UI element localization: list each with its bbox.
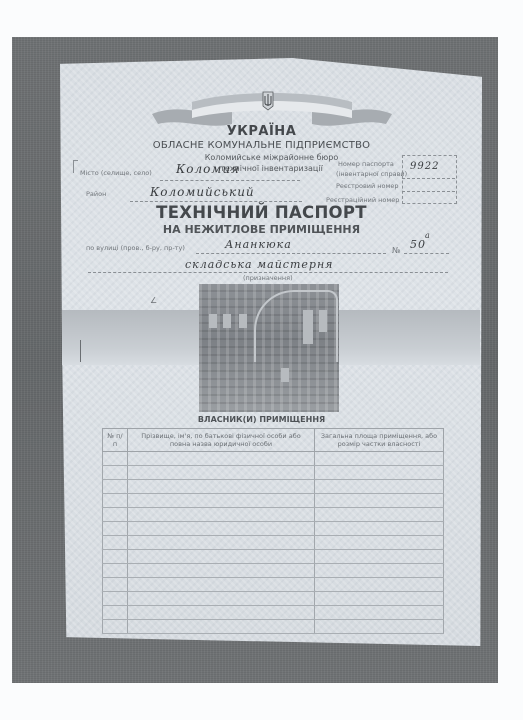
window xyxy=(223,314,231,328)
house-number-value: 50 xyxy=(410,238,426,251)
table-cell xyxy=(128,452,315,466)
house-number-suffix: а xyxy=(425,231,431,240)
table-cell xyxy=(103,508,128,522)
table-cell xyxy=(128,480,315,494)
corner-bracket xyxy=(73,160,78,173)
table-cell xyxy=(315,508,444,522)
table-cell xyxy=(128,592,315,606)
table-cell xyxy=(103,480,128,494)
table-cell xyxy=(315,550,444,564)
street-label: по вулиці (пров., б-ру, пр-ту) xyxy=(86,244,185,252)
table-row xyxy=(103,606,444,620)
table-cell xyxy=(315,536,444,550)
table-cell xyxy=(103,466,128,480)
table-cell xyxy=(315,578,444,592)
registry-number-label: Реєстровий номер xyxy=(336,182,399,190)
trident-icon xyxy=(262,91,274,111)
table-cell xyxy=(128,508,315,522)
case-number-label: Номер паспорта xyxy=(338,160,394,168)
building-photo xyxy=(199,284,339,412)
table-row xyxy=(103,592,444,606)
column-header-owner-name: Прізвище, ім'я, по батькові фізичної осо… xyxy=(128,429,315,452)
table-row xyxy=(103,480,444,494)
number-label: № xyxy=(392,246,400,255)
table-row xyxy=(103,536,444,550)
table-cell xyxy=(315,620,444,634)
document-subtitle: НА НЕЖИТЛОВЕ ПРИМІЩЕННЯ xyxy=(0,223,523,236)
purpose-value: складська майстерня xyxy=(185,258,333,271)
table-cell xyxy=(103,494,128,508)
table-row xyxy=(103,494,444,508)
table-cell xyxy=(103,578,128,592)
number-underline xyxy=(404,253,449,254)
document-title: ТЕХНІЧНИЙ ПАСПОРТ xyxy=(0,203,523,222)
case-number-label-2: (інвентарної справи) xyxy=(336,170,407,178)
table-cell xyxy=(128,564,315,578)
table-cell xyxy=(315,564,444,578)
pencil-mark: ∠ xyxy=(150,296,157,305)
column-header-area-share: Загальна площа приміщення, або розмір ча… xyxy=(315,429,444,452)
purpose-label: (призначення) xyxy=(243,274,293,282)
table-cell xyxy=(315,480,444,494)
table-cell xyxy=(103,592,128,606)
window xyxy=(319,310,327,332)
table-row xyxy=(103,452,444,466)
table-cell xyxy=(128,578,315,592)
table-row xyxy=(103,620,444,634)
margin-mark xyxy=(80,340,81,362)
table-cell xyxy=(128,550,315,564)
window xyxy=(281,368,289,382)
owners-section-title: ВЛАСНИК(И) ПРИМІЩЕННЯ xyxy=(0,415,523,424)
purpose-underline xyxy=(88,272,448,273)
window xyxy=(239,314,247,328)
table-cell xyxy=(128,466,315,480)
street-value: Ананкюка xyxy=(225,238,292,251)
number-box-divider-1 xyxy=(402,178,455,179)
city-underline xyxy=(160,180,300,181)
table-cell xyxy=(103,522,128,536)
table-cell xyxy=(128,620,315,634)
table-row xyxy=(103,522,444,536)
table-row xyxy=(103,550,444,564)
district-value: Коломийський xyxy=(150,185,255,199)
table-row xyxy=(103,564,444,578)
district-label: Район xyxy=(86,190,106,198)
city-label: Місто (селище, село) xyxy=(80,169,152,177)
number-box xyxy=(402,155,457,204)
table-row xyxy=(103,466,444,480)
district-underline xyxy=(130,201,302,202)
window xyxy=(303,310,313,344)
table-cell xyxy=(103,536,128,550)
table-cell xyxy=(315,606,444,620)
table-row xyxy=(103,578,444,592)
table-cell xyxy=(315,494,444,508)
table-cell xyxy=(128,606,315,620)
organization-name: ОБЛАСНЕ КОМУНАЛЬНЕ ПІДПРИЄМСТВО xyxy=(0,140,523,151)
table-cell xyxy=(315,592,444,606)
number-box-divider-2 xyxy=(402,191,455,192)
table-cell xyxy=(103,620,128,634)
table-cell xyxy=(128,494,315,508)
table-cell xyxy=(315,452,444,466)
street-underline xyxy=(196,253,386,254)
table-cell xyxy=(103,564,128,578)
table-cell xyxy=(103,550,128,564)
country-heading: УКРАЇНА xyxy=(0,124,523,139)
table-cell xyxy=(315,522,444,536)
table-cell xyxy=(103,606,128,620)
owners-table: № п/п Прізвище, ім'я, по батькові фізичн… xyxy=(102,428,444,634)
table-cell xyxy=(315,466,444,480)
window xyxy=(209,314,217,328)
table-row xyxy=(103,508,444,522)
table-cell xyxy=(128,522,315,536)
table-cell xyxy=(103,452,128,466)
city-value: Коломия xyxy=(176,162,240,176)
column-header-number: № п/п xyxy=(103,429,128,452)
table-cell xyxy=(128,536,315,550)
